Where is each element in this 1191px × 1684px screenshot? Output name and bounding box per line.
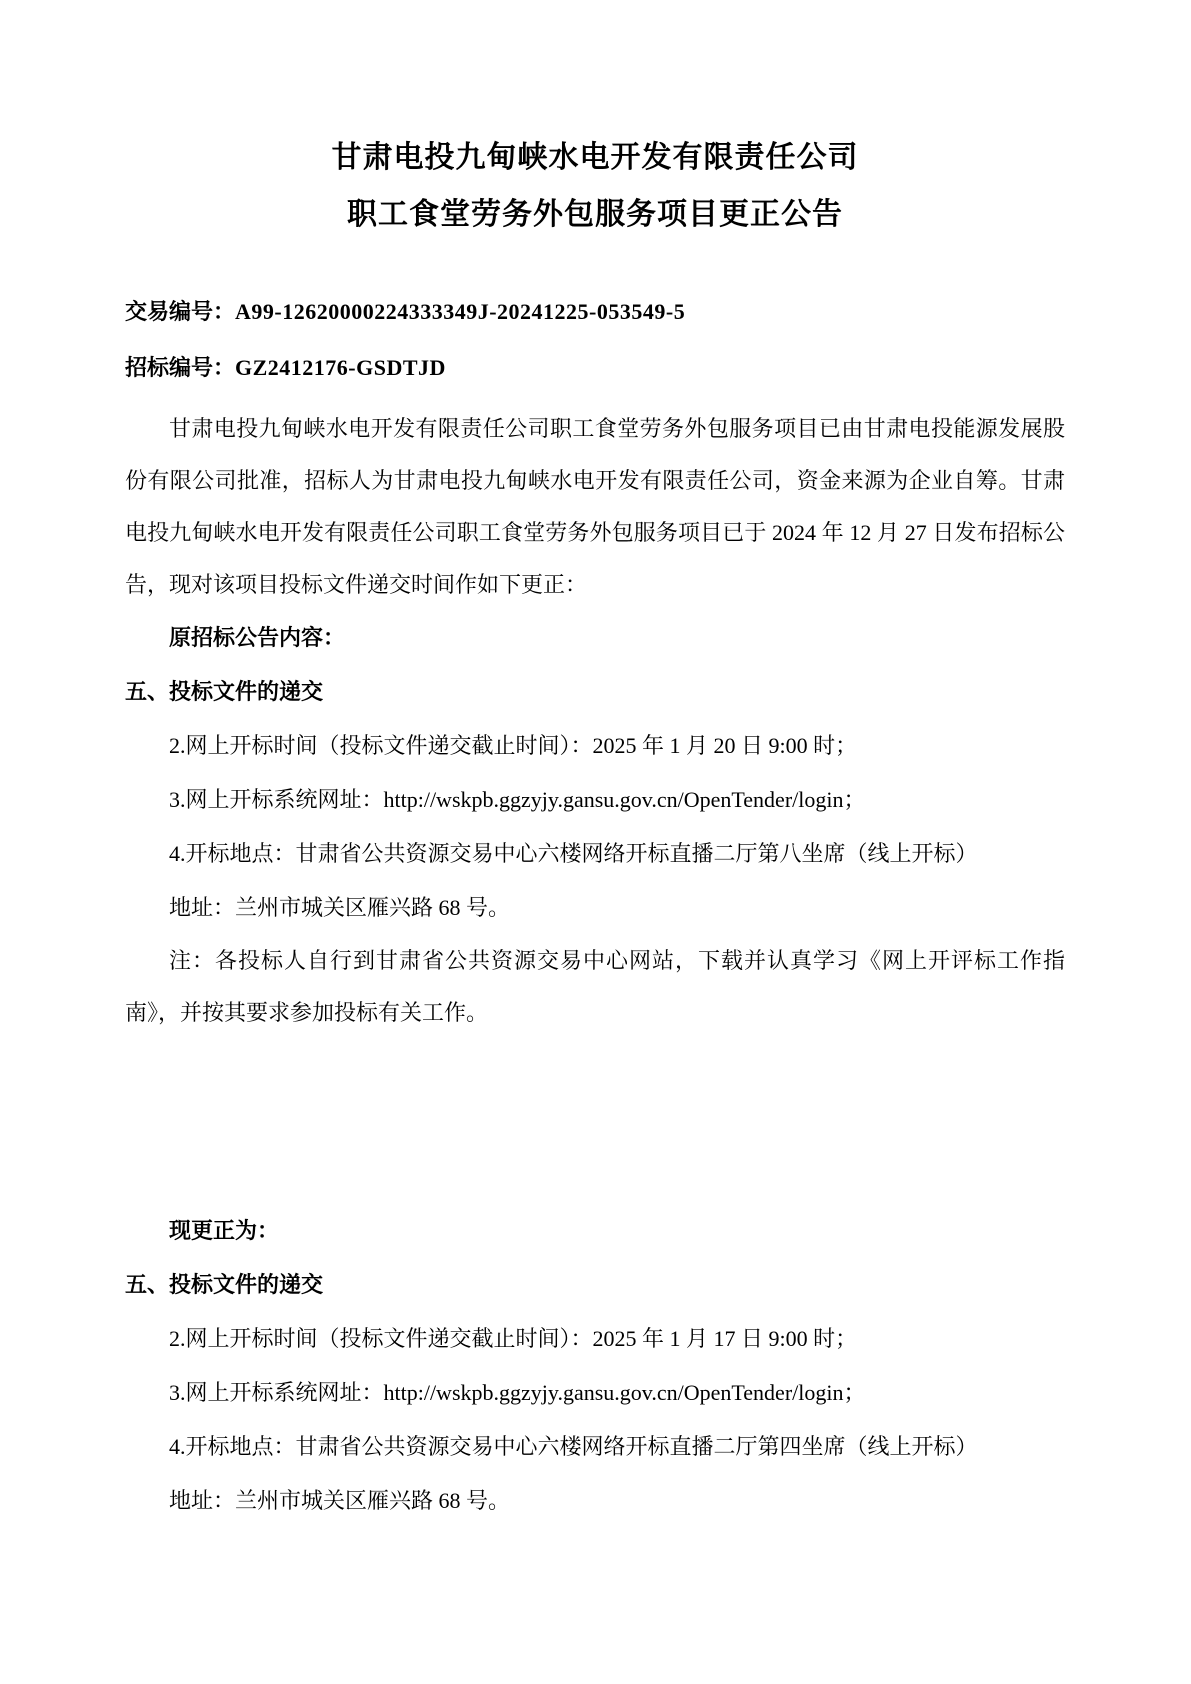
section-gap [125,1039,1065,1204]
corrected-section-subheading: 五、投标文件的递交 [125,1258,1065,1312]
document-body: 交易编号：A99-12620000224333349J-20241225-053… [125,295,1065,1528]
original-item-address: 地址：兰州市城关区雁兴路 68 号。 [125,881,1065,935]
tender-number-line: 招标编号：GZ2412176-GSDTJD [125,351,1065,385]
tender-number-value: GZ2412176-GSDTJD [235,355,446,380]
original-item-open-location: 4.开标地点：甘肃省公共资源交易中心六楼网络开标直播二厅第八坐席（线上开标） [125,827,1065,881]
tender-number-label: 招标编号： [125,355,235,380]
original-section-note: 注：各投标人自行到甘肃省公共资源交易中心网站，下载并认真学习《网上开评标工作指南… [125,935,1065,1039]
corrected-item-system-url: 3.网上开标系统网址：http://wskpb.ggzyjy.gansu.gov… [125,1366,1065,1420]
corrected-section-heading: 现更正为： [125,1204,1065,1258]
transaction-number-line: 交易编号：A99-12620000224333349J-20241225-053… [125,295,1065,329]
document-title-line-2: 职工食堂劳务外包服务项目更正公告 [125,197,1065,233]
corrected-item-open-time: 2.网上开标时间（投标文件递交截止时间）：2025 年 1 月 17 日 9:0… [125,1312,1065,1366]
document-page: 甘肃电投九甸峡水电开发有限责任公司 职工食堂劳务外包服务项目更正公告 交易编号：… [0,0,1191,1684]
transaction-number-value: A99-12620000224333349J-20241225-053549-5 [235,299,685,324]
original-item-open-time: 2.网上开标时间（投标文件递交截止时间）：2025 年 1 月 20 日 9:0… [125,719,1065,773]
corrected-item-open-location: 4.开标地点：甘肃省公共资源交易中心六楼网络开标直播二厅第四坐席（线上开标） [125,1420,1065,1474]
intro-paragraph: 甘肃电投九甸峡水电开发有限责任公司职工食堂劳务外包服务项目已由甘肃电投能源发展股… [125,403,1065,611]
original-item-system-url: 3.网上开标系统网址：http://wskpb.ggzyjy.gansu.gov… [125,773,1065,827]
corrected-item-address: 地址：兰州市城关区雁兴路 68 号。 [125,1474,1065,1528]
original-section-subheading: 五、投标文件的递交 [125,665,1065,719]
transaction-number-label: 交易编号： [125,299,235,324]
document-title-line-1: 甘肃电投九甸峡水电开发有限责任公司 [125,140,1065,176]
original-section-heading: 原招标公告内容： [125,611,1065,665]
